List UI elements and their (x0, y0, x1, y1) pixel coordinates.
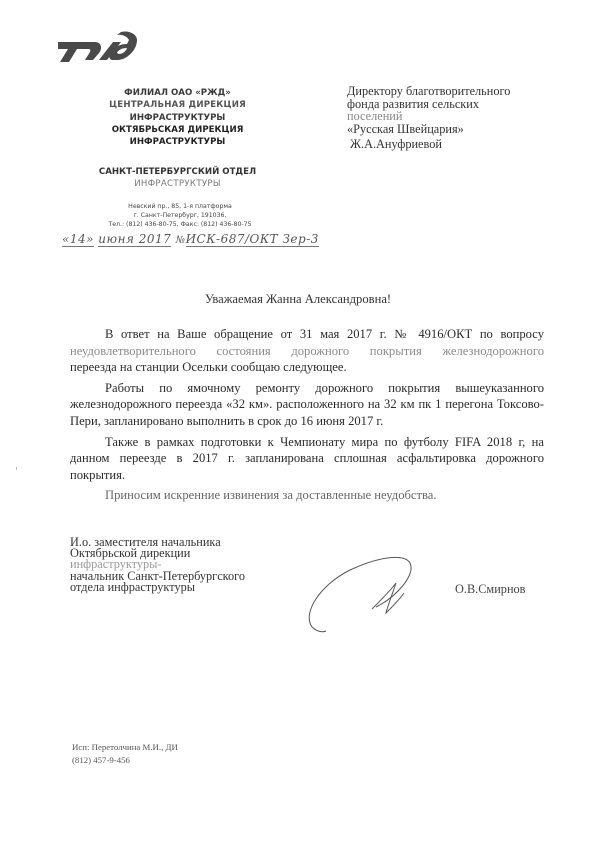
title-line: отдела инфраструктуры (70, 582, 245, 593)
org-line: ИНФРАСТРУКТУРЫ (95, 136, 260, 148)
number-sign: № (176, 235, 186, 246)
paragraph-line: В ответ на Ваше обращение от 31 мая 2017… (70, 326, 544, 343)
greeting: Уважаемая Жанна Александровна! (0, 292, 596, 307)
recipient-line: поселений (347, 110, 567, 123)
org-line: ИНФРАСТРУКТУРЫ (95, 112, 260, 124)
signer-name: О.В.Смирнов (455, 582, 525, 597)
executor-name: Исп: Перетолчина М.И., ДИ (72, 741, 178, 754)
executor-block: Исп: Перетолчина М.И., ДИ (812) 457-9-45… (72, 741, 178, 767)
address-line: г. Санкт-Петербург, 191036, (95, 211, 265, 220)
recipient-block: Директору благотворительного фонда разви… (347, 85, 567, 151)
paragraph-line: неудовлетворительного состояния дорожног… (70, 343, 544, 360)
registration-date: июня 2017 (98, 232, 171, 247)
executor-phone: (812) 457-9-456 (72, 754, 178, 767)
paragraph: Работы по ямочному ремонту дорожного пок… (70, 380, 544, 430)
letter-body: В ответ на Ваше обращение от 31 мая 2017… (70, 326, 544, 508)
paragraph-line: переезда на станции Осельки сообщаю след… (70, 359, 544, 376)
recipient-line: Директору благотворительного (347, 85, 567, 98)
department-header: САНКТ-ПЕТЕРБУРГСКИЙ ОТДЕЛ ИНФРАСТРУКТУРЫ (95, 166, 260, 190)
org-line: ЦЕНТРАЛЬНАЯ ДИРЕКЦИЯ (95, 99, 260, 111)
rzd-logo-icon (55, 30, 145, 70)
recipient-name: Ж.А.Ануфриевой (347, 138, 567, 151)
scan-artifact (16, 467, 17, 470)
paragraph: Также в рамках подготовки к Чемпионату м… (70, 434, 544, 484)
org-line: ОКТЯБРЬСКАЯ ДИРЕКЦИЯ (95, 124, 260, 136)
organization-header: ФИЛИАЛ ОАО «РЖД» ЦЕНТРАЛЬНАЯ ДИРЕКЦИЯ ИН… (95, 87, 260, 148)
signatory-title: И.о. заместителя начальника Октябрьской … (70, 537, 245, 593)
department-line: САНКТ-ПЕТЕРБУРГСКИЙ ОТДЕЛ (95, 166, 260, 178)
registration-code: ИСК-687/ОКТ Зер-3 (186, 232, 319, 247)
address-block: Невский пр., 85, 1-я платформа г. Санкт-… (95, 202, 265, 229)
registration-number: «14» июня 2017 №ИСК-687/ОКТ Зер-3 (62, 232, 319, 246)
org-line: ФИЛИАЛ ОАО «РЖД» (95, 87, 260, 99)
handwritten-signature-icon (300, 535, 430, 635)
address-line: Тел.: (812) 436-80-75, Факс: (812) 436-8… (95, 220, 265, 229)
recipient-line: «Русская Швейцария» (347, 123, 567, 136)
department-line: ИНФРАСТРУКТУРЫ (95, 178, 260, 190)
paragraph: Приносим искренние извинения за доставле… (70, 487, 544, 504)
registration-day: «14» (62, 232, 94, 247)
address-line: Невский пр., 85, 1-я платформа (95, 202, 265, 211)
